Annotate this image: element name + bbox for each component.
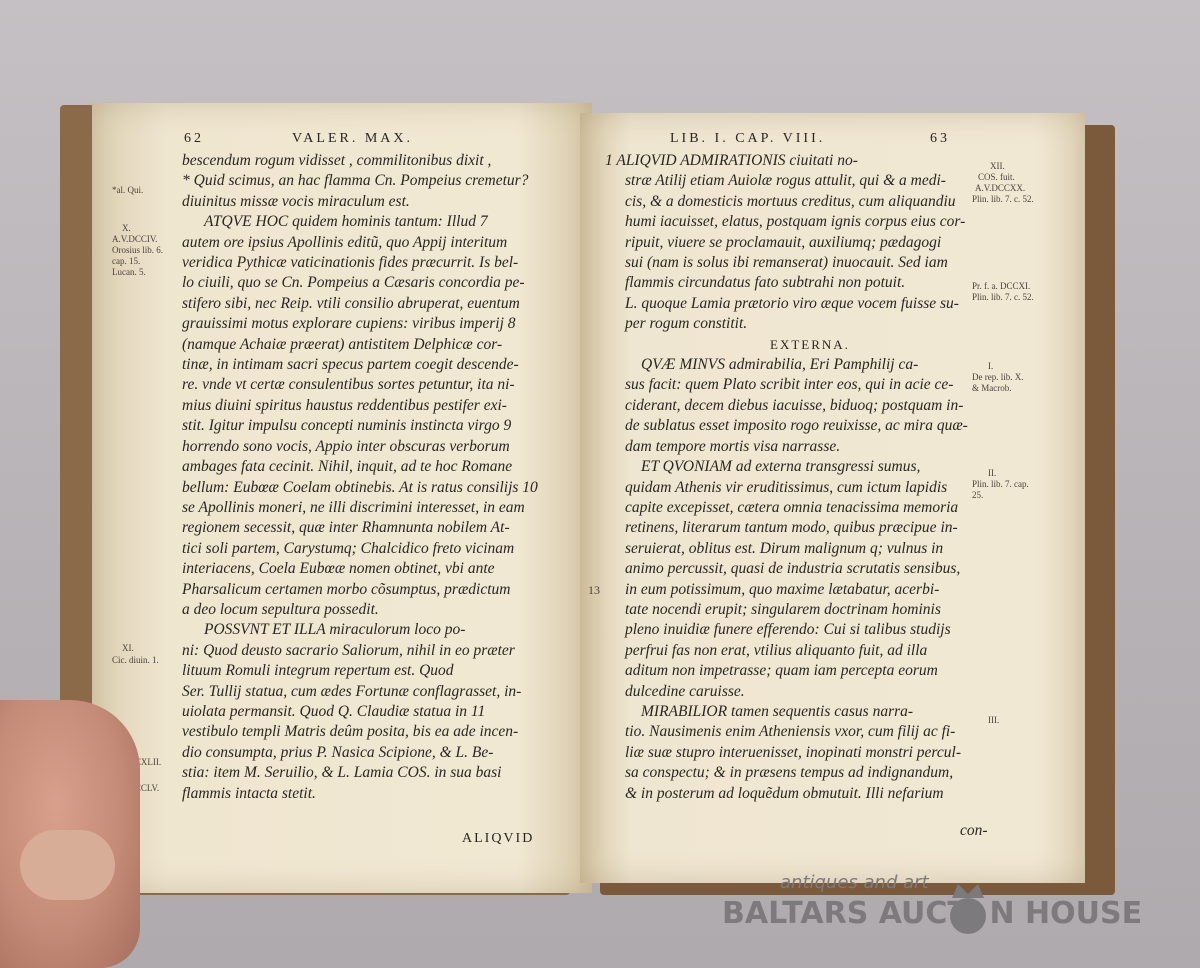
margin-note: A.V.DCCXX.	[975, 183, 1025, 194]
text-line: seruierat, oblitus est. Dirum malignum q…	[605, 539, 975, 559]
watermark-tagline: antiques and art	[780, 872, 929, 893]
text-line: flammis circundatus fato subtrahi non po…	[605, 273, 975, 293]
text-line: (namque Achaiæ præerat) antistitem Delph…	[182, 335, 572, 355]
text-line: stit. Igitur impulsu concepti numinis in…	[182, 416, 572, 436]
text-line: bescendum rogum vidisset , commilitonibu…	[182, 151, 572, 171]
margin-note: De rep. lib. X.	[972, 372, 1024, 383]
text-line: QVÆ MINVS admirabilia, Eri Pamphilij ca-	[605, 355, 975, 375]
margin-note: A.V.DCCIV.	[112, 234, 157, 245]
left-page-number: 62	[184, 131, 204, 147]
text-line: liæ suæ stupro interuenisset, inopinati …	[605, 743, 975, 763]
text-line: grauissimi motus explorare cupiens: viri…	[182, 314, 572, 334]
text-line: animo percussit, quasi de industria scru…	[605, 559, 975, 579]
text-line: interiacens, Coela Eubœæ nomen obtinet, …	[182, 559, 572, 579]
text-line: POSSVNT ET ILLA miraculorum loco po-	[182, 620, 572, 640]
right-page-body: 1 ALIQVID ADMIRATIONIS ciuitati no- stræ…	[605, 151, 975, 804]
text-line: retinens, literarum tantum modo, quibus …	[605, 518, 975, 538]
text-line: stræ Atilij etiam Auiolæ rogus attulit, …	[605, 171, 975, 191]
margin-note: Cic. diuin. 1.	[112, 655, 159, 666]
text-line: dam tempore mortis visa narrasse.	[605, 437, 975, 457]
text-line: dulcedine caruisse.	[605, 682, 975, 702]
right-page: LIB. I. CAP. VIII. 63 1 ALIQVID ADMIRATI…	[580, 113, 1085, 883]
text-line: ni: Quod deusto sacrario Saliorum, nihil…	[182, 641, 572, 661]
margin-note: XI.	[122, 643, 134, 654]
watermark-name: BALTARS AUCTI N HOUSE	[722, 896, 1142, 931]
margin-note: II.	[988, 468, 996, 479]
text-line: sa conspectu; & in præsens tempus ad ind…	[605, 763, 975, 783]
text-line: ambages fata cecinit. Nihil, inquit, ad …	[182, 457, 572, 477]
margin-note: Lucan. 5.	[112, 267, 146, 278]
text-line: ET QVONIAM ad externa transgressi sumus,	[605, 457, 975, 477]
text-line: * Quid scimus, an hac flamma Cn. Pompeiu…	[182, 171, 572, 212]
text-line: regionem secessit, quæ inter Rhamnunta n…	[182, 518, 572, 538]
text-line: uiolata permansit. Quod Q. Claudiæ statu…	[182, 702, 572, 722]
text-line: quidam Athenis vir eruditissimus, cum ic…	[605, 478, 975, 498]
thumb	[20, 830, 115, 900]
text-line: Pharsalicum certamen morbo cõsumptus, pr…	[182, 580, 572, 600]
text-line: stia: item M. Seruilio, & L. Lamia COS. …	[182, 763, 572, 783]
text-line: tici soli partem, Carystumq; Chalcidico …	[182, 539, 572, 559]
text-line: & in posterum ad loquẽdum obmutuit. Illi…	[605, 784, 975, 804]
text-line: ciderant, decem diebus iacuisse, biduoq;…	[605, 396, 975, 416]
right-catchword: con-	[960, 821, 988, 841]
text-line: 1 ALIQVID ADMIRATIONIS ciuitati no-	[605, 151, 975, 171]
open-book: 62 VALER. MAX. *al. Qui. X. A.V.DCCIV. O…	[60, 95, 1120, 900]
text-line: horrendo sono vocis, Appio inter obscura…	[182, 437, 572, 457]
left-catchword: ALIQVID	[462, 831, 534, 847]
text-line: bellum: Eubœæ Coelam obtinebis. At is ra…	[182, 478, 572, 498]
text-line: capite excepisset, cætera omnia tenaciss…	[605, 498, 975, 518]
left-page: 62 VALER. MAX. *al. Qui. X. A.V.DCCIV. O…	[92, 103, 592, 893]
margin-note: COS. fuit.	[978, 172, 1015, 183]
text-line: cis, & a domesticis mortuus creditus, cu…	[605, 192, 975, 212]
text-line: dio consumpta, prius P. Nasica Scipione,…	[182, 743, 572, 763]
margin-note: Orosius lib. 6.	[112, 245, 163, 256]
text-line: pleno inuidiæ funere efferendo: Cui si t…	[605, 620, 975, 640]
text-line: L. quoque Lamia prætorio viro æque vocem…	[605, 294, 975, 314]
margin-note: III.	[988, 715, 999, 726]
margin-note: 13	[588, 585, 600, 596]
text-line: mius diuini spiritus haustus reddentibus…	[182, 396, 572, 416]
margin-note: Plin. lib. 7. cap. 25.	[972, 479, 1032, 501]
margin-note: XII.	[990, 161, 1005, 172]
text-line: a deo locum sepultura possedit.	[182, 600, 572, 620]
right-running-head: LIB. I. CAP. VIII.	[670, 131, 825, 147]
text-line: autem ore ipsius Apollinis editũ, quo Ap…	[182, 233, 572, 253]
text-line: perfrui fas non erat, vtilius aliquanto …	[605, 641, 975, 661]
text-line: re. vnde vt certæ consulentibus sortes p…	[182, 375, 572, 395]
text-line: aditum non impetrasse; quam iam percepta…	[605, 661, 975, 681]
left-page-body: bescendum rogum vidisset , commilitonibu…	[182, 151, 572, 804]
margin-note: Pr. f. a. DCCXI.	[972, 281, 1030, 292]
text-line: Ser. Tullij statua, cum ædes Fortunæ con…	[182, 682, 572, 702]
text-line: ripuit, viuere se proclamauit, auxiliumq…	[605, 233, 975, 253]
section-heading: EXTERNA.	[605, 335, 975, 355]
text-line: in eum potissimum, quo maxime lætabatur,…	[605, 580, 975, 600]
crown-coin-icon	[948, 874, 988, 936]
text-line: tinæ, in intimam sacri specus partem coe…	[182, 355, 572, 375]
left-running-head: VALER. MAX.	[292, 131, 413, 147]
text-line: tate nocendi erupit; singularem doctrina…	[605, 600, 975, 620]
text-line: vestibulo templi Matris deûm posita, bis…	[182, 722, 572, 742]
text-line: MIRABILIOR tamen sequentis casus narra-	[605, 702, 975, 722]
text-line: per rogum constitit.	[605, 314, 975, 334]
text-line: humi iacuisset, elatus, postquam ignis c…	[605, 212, 975, 232]
text-line: tio. Nausimenis enim Atheniensis vxor, c…	[605, 722, 975, 742]
margin-note: I.	[988, 361, 993, 372]
text-line: lo ciuili, quo se Cn. Pompeius a Cæsaris…	[182, 273, 572, 293]
text-line: sui (nam is solus ibi remanserat) inuoca…	[605, 253, 975, 273]
text-line: flammis intacta stetit.	[182, 784, 572, 804]
margin-note: cap. 15.	[112, 256, 140, 267]
right-page-number: 63	[930, 131, 950, 147]
text-line: stifero sibi, nec Reip. vtili consilio a…	[182, 294, 572, 314]
text-line: lituum Romuli integrum repertum est. Quo…	[182, 661, 572, 681]
text-line: se Apollinis moneri, ne illi discrimini …	[182, 498, 572, 518]
margin-note: X.	[122, 223, 131, 234]
text-line: veridica Pythicæ vaticinationis fides pr…	[182, 253, 572, 273]
margin-note: & Macrob.	[972, 383, 1012, 394]
text-line: de sublatus esset imposito rogo reuixiss…	[605, 416, 975, 436]
text-line: sus facit: quem Plato scribit inter eos,…	[605, 375, 975, 395]
margin-note: Plin. lib. 7. c. 52.	[972, 194, 1034, 205]
margin-note: Plin. lib. 7. c. 52.	[972, 292, 1034, 303]
margin-note: *al. Qui.	[112, 185, 143, 196]
text-line: ATQVE HOC quidem hominis tantum: Illud 7	[182, 212, 572, 232]
